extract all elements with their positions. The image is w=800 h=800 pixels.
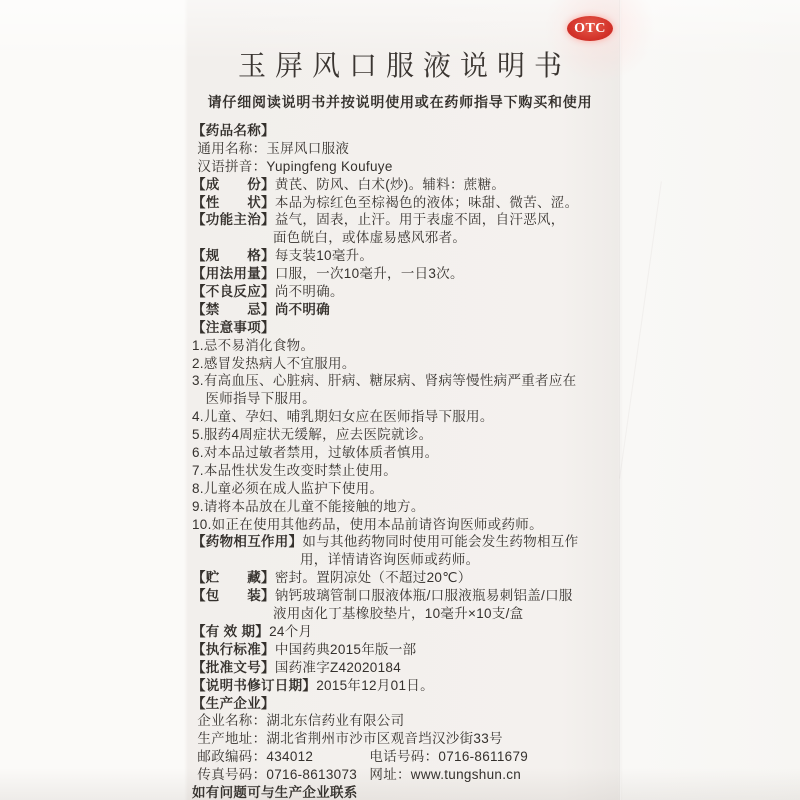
section-label: 【包 装】 — [192, 588, 275, 603]
line-text: 本品为棕红色至棕褐色的液体；味甜、微苦、涩。 — [275, 195, 579, 210]
leaflet-line: 【有 效 期】24个月 — [192, 623, 632, 641]
line-text: 通用名称：玉屏风口服液 — [197, 141, 349, 156]
line-text: 2.感冒发热病人不宜服用。 — [192, 356, 356, 371]
leaflet-page: OTC 玉屏风口服液说明书 请仔细阅读说明书并按说明使用或在药师指导下购买和使用… — [0, 0, 800, 800]
line-text: 液用卤化丁基橡胶垫片，10毫升×10支/盒 — [273, 606, 523, 621]
leaflet-line: 1.忌不易消化食物。 — [192, 337, 632, 355]
line-text: 用，详情请咨询医师或药师。 — [300, 552, 479, 567]
leaflet-line: 【说明书修订日期】2015年12月01日。 — [192, 677, 632, 695]
leaflet-line: 【药物相互作用】如与其他药物同时使用可能会发生药物相互作 — [192, 533, 632, 551]
page-subtitle: 请仔细阅读说明书并按说明使用或在药师指导下购买和使用 — [0, 92, 800, 112]
leaflet-field: 网址：www.tungshun.cn — [369, 767, 521, 782]
section-label: 【性 状】 — [192, 195, 275, 210]
leaflet-line: 企业名称：湖北东信药业有限公司 — [192, 712, 632, 730]
line-text: 口服，一次10毫升，一日3次。 — [275, 266, 464, 281]
leaflet-line: 邮政编码：434012电话号码：0716-8611679 — [192, 748, 632, 766]
leaflet-line: 8.儿童必须在成人监护下使用。 — [192, 480, 632, 498]
line-text: 10.如正在使用其他药品，使用本品前请咨询医师或药师。 — [192, 517, 543, 532]
leaflet-line: 生产地址：湖北省荆州市沙市区观音垱汉沙街33号 — [192, 730, 632, 748]
line-text: 国药准字Z42020184 — [275, 660, 401, 675]
page-title: 玉屏风口服液说明书 — [0, 44, 800, 84]
line-text: 尚不明确 — [275, 302, 330, 317]
line-text: 1.忌不易消化食物。 — [192, 338, 314, 353]
section-label: 【药物相互作用】 — [192, 534, 302, 549]
section-label: 【贮 藏】 — [192, 570, 275, 585]
leaflet-line: 用，详情请咨询医师或药师。 — [192, 551, 632, 569]
leaflet-line: 液用卤化丁基橡胶垫片，10毫升×10支/盒 — [192, 605, 632, 623]
line-text: 益气，固表，止汗。用于表虚不固，自汗恶风， — [275, 212, 565, 227]
section-label: 【规 格】 — [192, 248, 275, 263]
leaflet-line: 2.感冒发热病人不宜服用。 — [192, 355, 632, 373]
line-text: 9.请将本品放在儿童不能接触的地方。 — [192, 499, 425, 514]
section-label: 【不良反应】 — [192, 284, 275, 299]
leaflet-line: 通用名称：玉屏风口服液 — [192, 140, 632, 158]
section-label: 【生产企业】 — [192, 696, 275, 711]
line-text: 6.对本品过敏者禁用，过敏体质者慎用。 — [192, 445, 438, 460]
line-text: 面色㿠白，或体虚易感风邪者。 — [273, 230, 466, 245]
leaflet-body: 【药品名称】通用名称：玉屏风口服液汉语拼音：Yupingfeng Koufuye… — [192, 122, 632, 800]
section-label: 【注意事项】 — [192, 320, 275, 335]
leaflet-line: 【注意事项】 — [192, 319, 632, 337]
line-text: 中国药典2015年版一部 — [275, 642, 417, 657]
leaflet-line: 【药品名称】 — [192, 122, 632, 140]
line-text: 2015年12月01日。 — [316, 678, 434, 693]
leaflet-line: 7.本品性状发生改变时禁止使用。 — [192, 462, 632, 480]
leaflet-line: 传真号码：0716-8613073网址：www.tungshun.cn — [192, 766, 632, 784]
leaflet-line: 面色㿠白，或体虚易感风邪者。 — [192, 229, 632, 247]
leaflet-field: 邮政编码：434012 — [197, 748, 369, 766]
line-text: 4.儿童、孕妇、哺乳期妇女应在医师指导下服用。 — [192, 409, 494, 424]
leaflet-line: 【不良反应】尚不明确。 — [192, 283, 632, 301]
section-label: 【执行标准】 — [192, 642, 275, 657]
leaflet-line: 如有问题可与生产企业联系 — [192, 784, 632, 800]
leaflet-line: 【成 份】黄芪、防风、白术(炒)。辅料：蔗糖。 — [192, 176, 632, 194]
leaflet-line: 【规 格】每支装10毫升。 — [192, 247, 632, 265]
line-text: 3.有高血压、心脏病、肝病、糖尿病、肾病等慢性病严重者应在 — [192, 373, 576, 388]
leaflet-line: 【执行标准】中国药典2015年版一部 — [192, 641, 632, 659]
section-label: 【禁 忌】 — [192, 302, 275, 317]
line-text: 生产地址：湖北省荆州市沙市区观音垱汉沙街33号 — [197, 731, 502, 746]
leaflet-line: 4.儿童、孕妇、哺乳期妇女应在医师指导下服用。 — [192, 408, 632, 426]
line-text: 8.儿童必须在成人监护下使用。 — [192, 481, 383, 496]
line-text: 24个月 — [269, 624, 312, 639]
otc-badge-label: OTC — [574, 21, 606, 36]
leaflet-line: 6.对本品过敏者禁用，过敏体质者慎用。 — [192, 444, 632, 462]
leaflet-line: 【用法用量】口服，一次10毫升，一日3次。 — [192, 265, 632, 283]
line-text: 医师指导下服用。 — [206, 391, 316, 406]
line-text: 黄芪、防风、白术(炒)。辅料：蔗糖。 — [275, 177, 505, 192]
section-label: 【批准文号】 — [192, 660, 275, 675]
otc-badge: OTC — [567, 16, 613, 41]
leaflet-line: 10.如正在使用其他药品，使用本品前请咨询医师或药师。 — [192, 516, 632, 534]
line-text: 汉语拼音：Yupingfeng Koufuye — [197, 159, 392, 174]
line-text: 如有问题可与生产企业联系 — [192, 785, 358, 800]
line-text: 密封。置阴凉处（不超过20℃） — [275, 570, 472, 585]
leaflet-line: 【禁 忌】尚不明确 — [192, 301, 632, 319]
line-text: 如与其他药物同时使用可能会发生药物相互作 — [302, 534, 578, 549]
line-text: 尚不明确。 — [275, 284, 344, 299]
section-label: 【功能主治】 — [192, 212, 275, 227]
section-label: 【药品名称】 — [192, 123, 275, 138]
section-label: 【说明书修订日期】 — [192, 678, 316, 693]
leaflet-line: 3.有高血压、心脏病、肝病、糖尿病、肾病等慢性病严重者应在 — [192, 372, 632, 390]
line-text: 钠钙玻璃管制口服液体瓶/口服液瓶易刺铝盖/口服 — [275, 588, 573, 603]
line-text: 5.服药4周症状无缓解，应去医院就诊。 — [192, 427, 432, 442]
leaflet-line: 【性 状】本品为棕红色至棕褐色的液体；味甜、微苦、涩。 — [192, 194, 632, 212]
leaflet-line: 【批准文号】国药准字Z42020184 — [192, 659, 632, 677]
line-text: 7.本品性状发生改变时禁止使用。 — [192, 463, 397, 478]
leaflet-line: 【功能主治】益气，固表，止汗。用于表虚不固，自汗恶风， — [192, 211, 632, 229]
leaflet-line: 【生产企业】 — [192, 695, 632, 713]
section-label: 【有 效 期】 — [192, 624, 269, 639]
section-label: 【成 份】 — [192, 177, 275, 192]
line-text: 每支装10毫升。 — [275, 248, 373, 263]
section-label: 【用法用量】 — [192, 266, 275, 281]
line-text: 企业名称：湖北东信药业有限公司 — [197, 713, 404, 728]
leaflet-line: 【包 装】钠钙玻璃管制口服液体瓶/口服液瓶易刺铝盖/口服 — [192, 587, 632, 605]
leaflet-field: 电话号码：0716-8611679 — [369, 749, 528, 764]
leaflet-line: 9.请将本品放在儿童不能接触的地方。 — [192, 498, 632, 516]
leaflet-field: 传真号码：0716-8613073 — [197, 766, 369, 784]
leaflet-line: 【贮 藏】密封。置阴凉处（不超过20℃） — [192, 569, 632, 587]
leaflet-line: 医师指导下服用。 — [192, 390, 632, 408]
leaflet-line: 汉语拼音：Yupingfeng Koufuye — [192, 158, 632, 176]
leaflet-line: 5.服药4周症状无缓解，应去医院就诊。 — [192, 426, 632, 444]
